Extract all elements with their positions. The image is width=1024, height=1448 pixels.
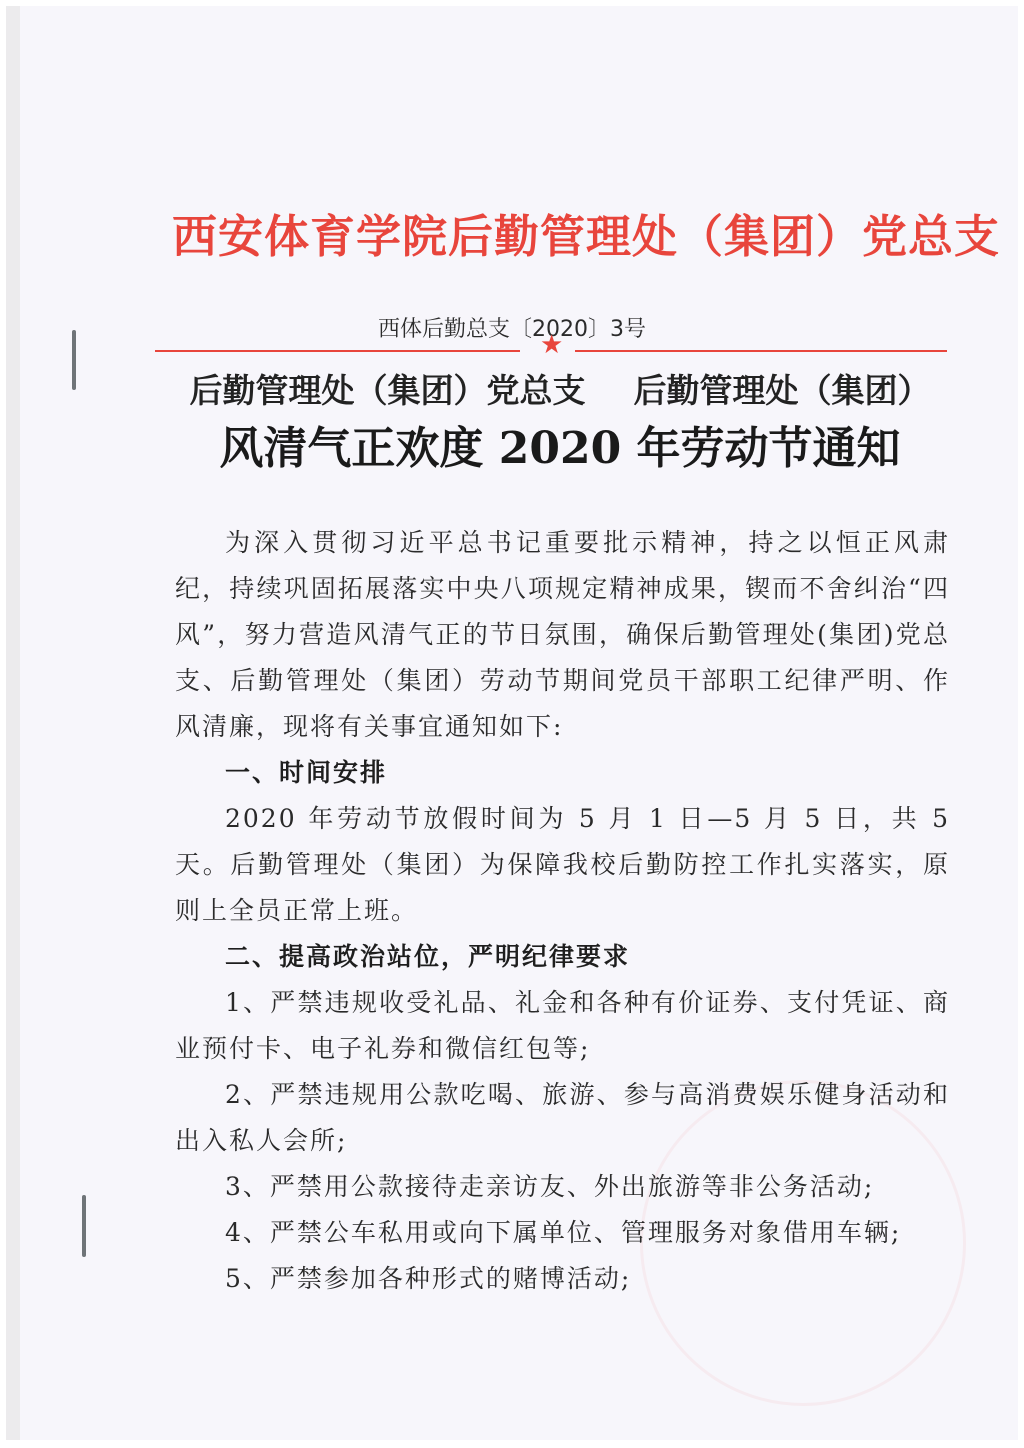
section-heading-discipline: 二、提高政治站位，严明纪律要求 <box>175 934 950 980</box>
rule-item-3: 3、严禁用公款接待走亲访友、外出旅游等非公务活动; <box>175 1164 950 1210</box>
rule-item-5: 5、严禁参加各种形式的赌博活动; <box>175 1256 950 1302</box>
red-divider-left <box>155 350 520 352</box>
schedule-paragraph: 2020 年劳动节放假时间为 5 月 1 日—5 月 5 日，共 5 天。后勤管… <box>175 796 950 934</box>
intro-paragraph: 为深入贯彻习近平总书记重要批示精神，持之以恒正风肃纪，持续巩固拓展落实中央八项规… <box>175 520 950 750</box>
rule-item-2: 2、严禁违规用公款吃喝、旅游、参与高消费娱乐健身活动和出入私人会所; <box>175 1072 950 1164</box>
rule-item-1: 1、严禁违规收受礼品、礼金和各种有价证券、支付凭证、商业预付卡、电子礼券和微信红… <box>175 980 950 1072</box>
issuer-party-branch: 后勤管理处（集团）党总支 <box>190 371 586 410</box>
binding-staple-bottom <box>82 1195 86 1257</box>
document-title: 风清气正欢度 2020 年劳动节通知 <box>160 412 960 476</box>
red-divider-right <box>575 350 947 352</box>
issuer-logistics-office: 后勤管理处（集团） <box>634 371 931 410</box>
rule-item-4: 4、严禁公车私用或向下属单位、管理服务对象借用车辆; <box>175 1210 950 1256</box>
section-heading-schedule: 一、时间安排 <box>175 750 950 796</box>
issuing-units: 后勤管理处（集团）党总支后勤管理处（集团） <box>160 365 960 412</box>
star-icon: ★ <box>540 332 563 358</box>
page-edge <box>6 6 20 1440</box>
document-body: 为深入贯彻习近平总书记重要批示精神，持之以恒正风肃纪，持续巩固拓展落实中央八项规… <box>175 520 950 1302</box>
document-number: 西体后勤总支〔2020〕3号 <box>0 312 1024 343</box>
letterhead-title: 西安体育学院后勤管理处（集团）党总支 <box>172 200 942 265</box>
